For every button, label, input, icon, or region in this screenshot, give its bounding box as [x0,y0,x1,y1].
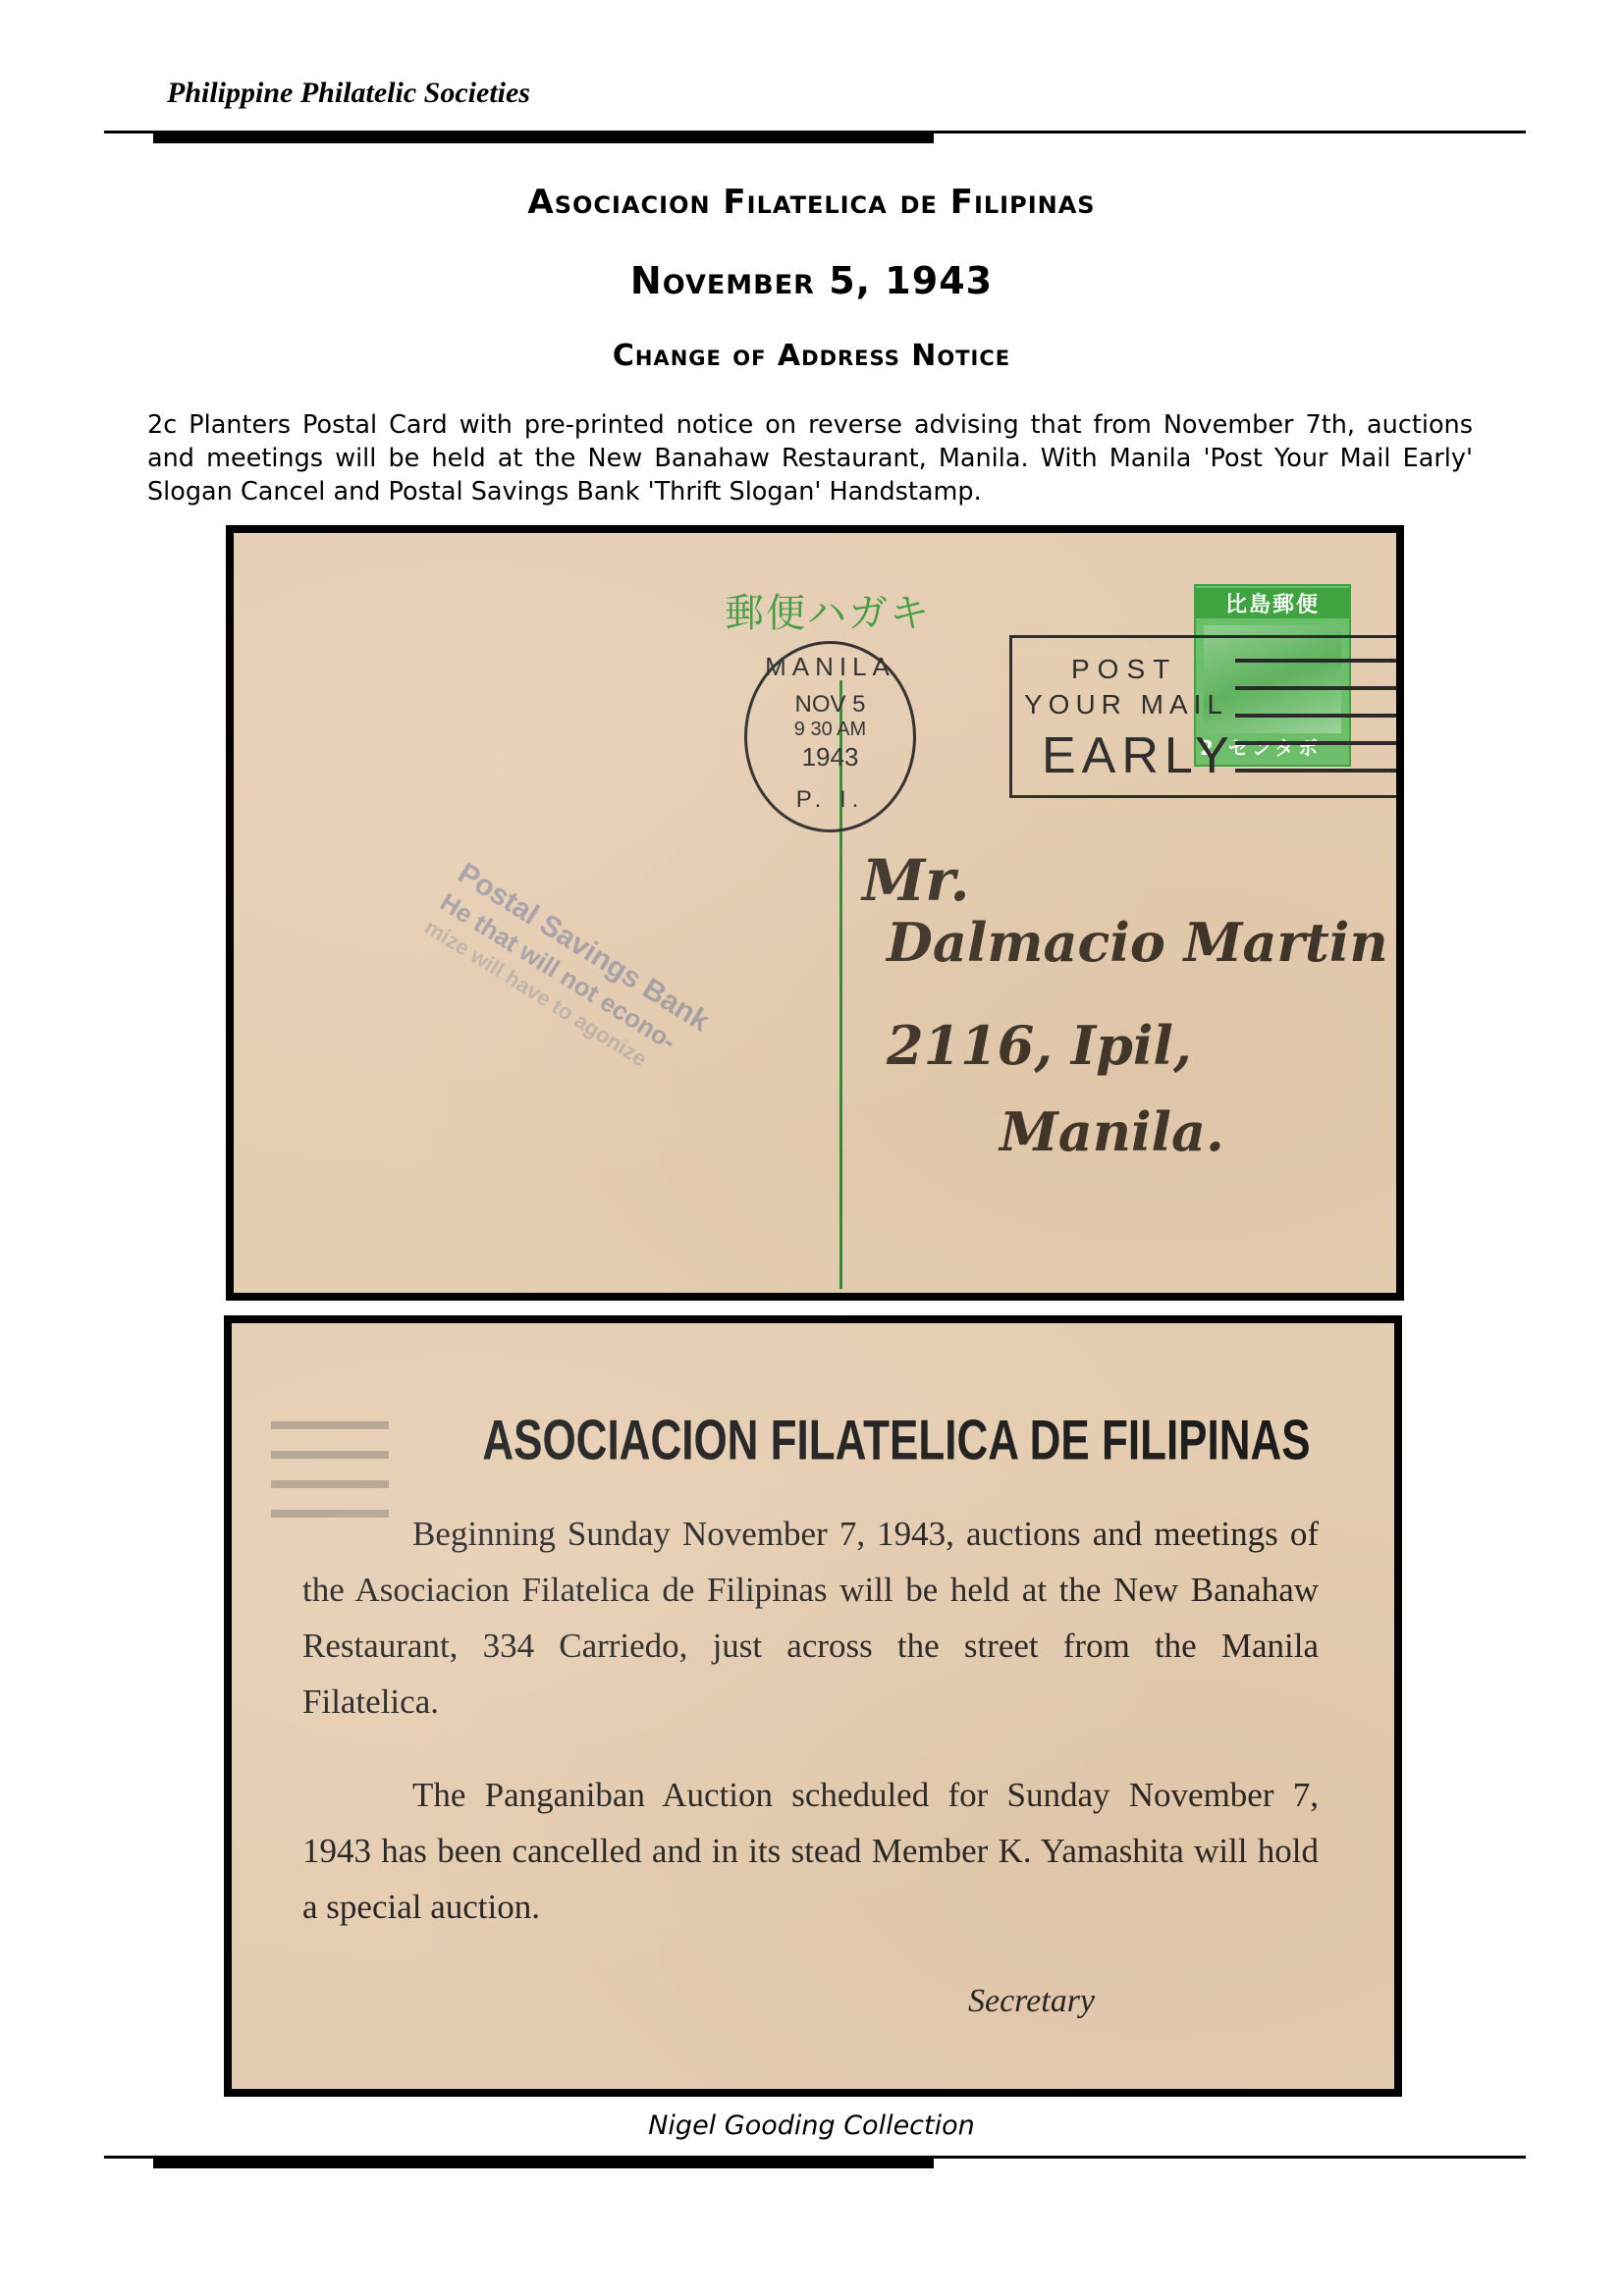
address-line-1: Mr. [862,847,970,914]
collection-credit: Nigel Gooding Collection [0,2110,1623,2141]
page-subtitle: Change of Address Notice [0,339,1623,373]
japanese-postcard-label: 郵便ハガキ [725,582,931,638]
cancel-bar-2 [1235,686,1404,690]
page-title: Asociacion Filatelica de Filipinas [0,183,1623,222]
item-description: 2c Planters Postal Card with pre-printed… [147,408,1473,508]
notice-signature: Secretary [968,1983,1095,2020]
postmark-year: 1943 [747,742,913,773]
stamp-top-text: 比島郵便 [1196,588,1349,618]
postmark-city: MANILA [747,652,913,682]
postmark-date: NOV 5 [747,691,913,719]
postmark-time: 9 30 AM [747,719,913,741]
notice-paragraph-1: Beginning Sunday November 7, 1943, aucti… [302,1506,1319,1730]
manila-postmark: MANILA NOV 5 9 30 AM 1943 P. I. [744,641,916,832]
address-line-3: 2116, Ipil, [887,1014,1192,1077]
page-date: November 5, 1943 [0,259,1623,302]
cancel-bar-1 [1235,659,1404,663]
cancel-bar-4 [1235,741,1404,745]
footer-rule-thick [153,2159,934,2168]
offset-cancel-mark [271,1480,389,1488]
notice-heading: ASOCIACION FILATELICA DE FILIPINAS [232,1410,1394,1473]
address-line-2: Dalmacio Martin [887,911,1388,974]
cancel-bar-5 [1235,769,1404,773]
header-title: Philippine Philatelic Societies [167,77,530,110]
postal-card-front-image: 郵便ハガキ MANILA NOV 5 9 30 AM 1943 P. I. 比島… [226,525,1404,1301]
notice-paragraph-2: The Panganiban Auction scheduled for Sun… [302,1767,1319,1935]
slogan-line-2: YOUR MAIL [1024,689,1228,721]
postal-card-back-image: ASOCIACION FILATELICA DE FILIPINAS Begin… [224,1315,1402,2097]
postal-savings-handstamp: Postal Savings Bank He that will not eco… [420,857,716,1090]
slogan-line-1: POST [1071,654,1177,685]
slogan-line-3: EARLY [1042,726,1235,785]
cancel-bar-3 [1235,714,1404,718]
header-rule-thick [153,133,934,143]
address-line-4: Manila. [1000,1100,1224,1163]
postmark-country: P. I. [747,786,913,814]
